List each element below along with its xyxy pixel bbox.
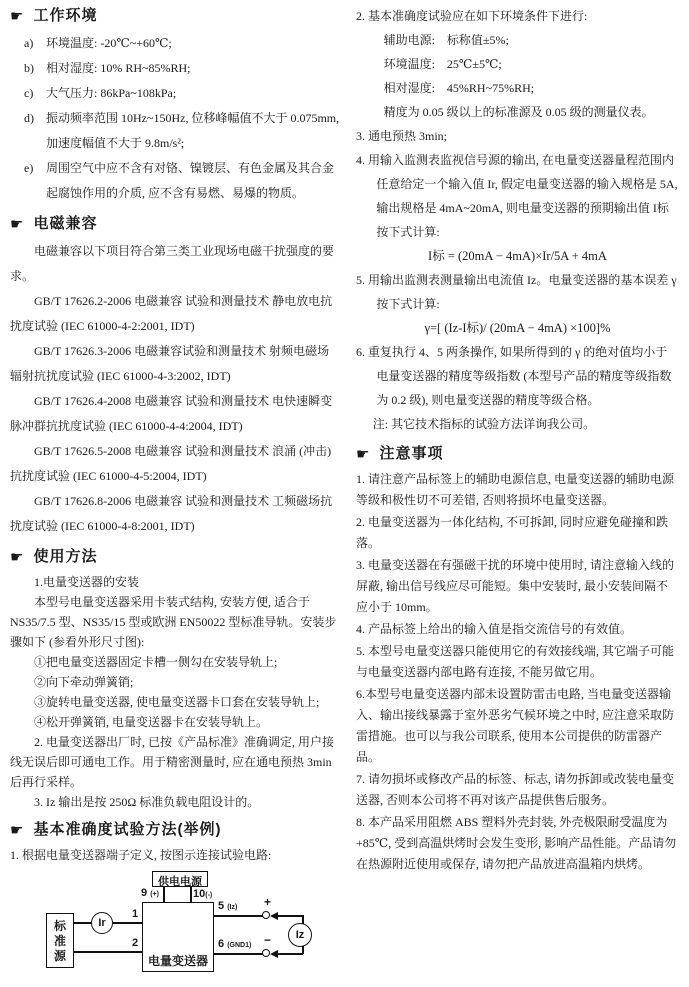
terminal-signal: (GND1) xyxy=(227,942,251,949)
minus-sign: − xyxy=(264,934,271,946)
plus-sign: + xyxy=(264,896,271,908)
test-condition: 精度为 0.05 级以上的标准源及 0.05 级的测量仪表。 xyxy=(384,100,679,124)
emc-section-body: 电磁兼容以下项目符合第三类工业现场电磁干扰强度的要求。 GB/T 17626.2… xyxy=(10,239,340,539)
terminal-number: 9 xyxy=(141,887,147,899)
paragraph: 1. 根据电量变送器端子定义, 按图示连接试验电路: xyxy=(10,845,340,865)
terminal-9-label: 9 (+) xyxy=(141,888,159,900)
supply-label: 供电电源 xyxy=(153,873,207,889)
test-item: 5. 用输出监测表测量输出电流值 Iz。电量变送器的基本误差 γ 按下式计算: xyxy=(356,268,679,316)
terminal-1-label: 1 xyxy=(132,909,138,920)
caution-item: 7. 请勿损坏或修改产品的标签、标志, 请勿拆卸或改装电量变送器, 否则本公司将… xyxy=(356,769,679,811)
item-label: b) xyxy=(24,56,46,81)
test-item: 3. 通电预热 3min; xyxy=(356,124,679,148)
right-column: 2. 基本准确度试验应在如下环境条件下进行: 辅助电源: 标称值±5%; 环境温… xyxy=(348,0,689,987)
caution-item: 2. 电量变送器为一体化结构, 不可拆卸, 同时应避免碰撞和跌落。 xyxy=(356,512,679,554)
caution-item: 3. 电量变送器在有强磁干扰的环境中使用时, 请注意输入线的屏蔽, 输出信号线应… xyxy=(356,555,679,618)
terminal-6-label: 6 (GND1) xyxy=(218,939,251,951)
pointing-hand-icon: ☛ xyxy=(10,215,23,233)
item-label: d) xyxy=(24,106,46,156)
standard-entry: GB/T 17626.3-2006 电磁兼容试验和测量技术 射频电磁场辐射抗扰度… xyxy=(10,339,340,389)
section-heading-cautions: ☛ 注意事项 xyxy=(356,444,679,464)
test-condition: 辅助电源: 标称值±5%; xyxy=(384,28,679,52)
list-item: d) 振动频率范围 10Hz~150Hz, 位移峰幅值不大于 0.075mm, … xyxy=(10,106,340,156)
pointing-hand-icon: ☛ xyxy=(356,445,369,463)
standard-entry: GB/T 17626.8-2006 电磁兼容 试验和测量技术 工频磁场抗扰度试验… xyxy=(10,489,340,539)
section-heading-emc: ☛ 电磁兼容 xyxy=(10,214,340,234)
wire-terminal6 xyxy=(214,953,263,955)
pointing-hand-icon: ☛ xyxy=(10,548,23,566)
install-step: ④松开弹簧销, 电量变送器卡在安装导轨上。 xyxy=(34,712,340,732)
supply-box: 供电电源 xyxy=(152,871,208,887)
terminal-number: 6 xyxy=(218,938,224,950)
wire-ir-to-terminal1 xyxy=(113,922,142,924)
item-text: 大气压力: 86kPa~108kPa; xyxy=(46,81,340,106)
section-title-usage: 使用方法 xyxy=(33,547,97,567)
terminal-5-label: 5 (Iz) xyxy=(218,901,237,913)
wire-terminal9 xyxy=(163,887,165,902)
iz-connector-top-horizontal xyxy=(278,915,303,917)
arrow-left-icon xyxy=(270,912,278,920)
section-title-accuracy-test: 基本准确度试验方法(举例) xyxy=(33,820,221,840)
input-ammeter: Ir xyxy=(91,912,113,934)
wire-source-to-terminal2 xyxy=(74,951,142,953)
terminal-signal: (Iz) xyxy=(227,904,237,911)
test-item: 4. 用输入监测表监视信号源的输出, 在电量变送器量程范围内任意给定一个输入值 … xyxy=(356,148,679,244)
paragraph: 电磁兼容以下项目符合第三类工业现场电磁干扰强度的要求。 xyxy=(10,239,340,289)
install-step: ③旋转电量变送器, 使电量变送器卡口套在安装导轨上; xyxy=(34,692,340,712)
list-item: c) 大气压力: 86kPa~108kPa; xyxy=(10,81,340,106)
standard-source-box: 标准源 xyxy=(46,913,74,968)
work-env-list: a) 环境温度: -20℃~+60℃; b) 相对湿度: 10% RH~85%R… xyxy=(10,31,340,206)
basic-error-formula: γ=[ (Iz-I标)/ (20mA − 4mA) ×100]% xyxy=(356,316,679,340)
wire-terminal5 xyxy=(214,915,263,917)
paragraph: 本型号电量变送器采用卡装式结构, 安装方便, 适合于NS35/7.5 型、NS3… xyxy=(10,592,340,652)
standard-source-label: 标准源 xyxy=(53,919,67,964)
list-item: b) 相对湿度: 10% RH~85%RH; xyxy=(10,56,340,81)
pointing-hand-icon: ☛ xyxy=(10,7,23,25)
paragraph: 1.电量变送器的安装 xyxy=(10,572,340,592)
wire-terminal10 xyxy=(190,887,192,902)
test-item: 2. 基本准确度试验应在如下环境条件下进行: xyxy=(356,4,679,28)
section-heading-accuracy-test: ☛ 基本准确度试验方法(举例) xyxy=(10,820,340,840)
wire-source-to-ir xyxy=(74,922,92,924)
arrow-left-icon xyxy=(270,950,278,958)
list-item: a) 环境温度: -20℃~+60℃; xyxy=(10,31,340,56)
test-condition: 环境温度: 25℃±5℃; xyxy=(384,52,679,76)
section-title-cautions: 注意事项 xyxy=(379,444,443,464)
output-ammeter: Iz xyxy=(288,923,312,947)
cautions-list: 1. 请注意产品标签上的辅助电源信息, 电量变送器的辅助电源等级和极性切不可差错… xyxy=(356,469,679,875)
caution-item: 1. 请注意产品标签上的辅助电源信息, 电量变送器的辅助电源等级和极性切不可差错… xyxy=(356,469,679,511)
item-label: e) xyxy=(24,156,46,206)
list-item: e) 周围空气中应不含有对铬、镍镀层、有色金属及其合金起腐蚀作用的介质, 应不含… xyxy=(10,156,340,206)
item-text: 环境温度: -20℃~+60℃; xyxy=(46,31,340,56)
terminal-number: 5 xyxy=(218,900,224,912)
install-step: ①把电量变送器固定卡槽一侧勾在安装导轨上; xyxy=(34,652,340,672)
output-ammeter-label: Iz xyxy=(296,929,305,941)
input-ammeter-label: Ir xyxy=(98,917,105,929)
terminal-polarity: (+) xyxy=(150,891,159,898)
terminal-2-label: 2 xyxy=(132,938,138,949)
test-item: 6. 重复执行 4、5 两条操作, 如果所得到的 γ 的绝对值均小于电量变送器的… xyxy=(356,340,679,412)
test-circuit-diagram: 供电电源 9 (+) 10(-) 电量变送器 标准源 Ir 1 2 xyxy=(10,869,340,978)
output-plus-terminal xyxy=(262,911,270,919)
standard-entry: GB/T 17626.4-2008 电磁兼容 试验和测量技术 电快速瞬变脉冲群抗… xyxy=(10,389,340,439)
transducer-box: 电量变送器 xyxy=(142,902,214,972)
paragraph: 2. 电量变送器出厂时, 已按《产品标准》准确调定, 用户接线无误后即可通电工作… xyxy=(10,732,340,792)
test-condition: 相对湿度: 45%RH~75%RH; xyxy=(384,76,679,100)
left-column: ☛ 工作环境 a) 环境温度: -20℃~+60℃; b) 相对湿度: 10% … xyxy=(0,0,348,987)
item-text: 周围空气中应不含有对铬、镍镀层、有色金属及其合金起腐蚀作用的介质, 应不含有易燃… xyxy=(46,156,340,206)
accuracy-test-continued: 2. 基本准确度试验应在如下环境条件下进行: 辅助电源: 标称值±5%; 环境温… xyxy=(356,4,679,436)
terminal-polarity: (-) xyxy=(205,892,212,899)
item-text: 振动频率范围 10Hz~150Hz, 位移峰幅值不大于 0.075mm, 加速度… xyxy=(46,106,340,156)
output-minus-terminal xyxy=(262,949,270,957)
caution-item: 4. 产品标签上给出的输入值是指交流信号的有效值。 xyxy=(356,619,679,640)
transducer-label: 电量变送器 xyxy=(143,952,213,969)
note-text: 注: 其它技术指标的试验方法详询我公司。 xyxy=(373,412,679,436)
standard-entry: GB/T 17626.2-2006 电磁兼容 试验和测量技术 静电放电抗扰度试验… xyxy=(10,289,340,339)
section-title-work-env: 工作环境 xyxy=(33,6,97,26)
pointing-hand-icon: ☛ xyxy=(10,821,23,839)
section-heading-work-env: ☛ 工作环境 xyxy=(10,6,340,26)
manual-page: ☛ 工作环境 a) 环境温度: -20℃~+60℃; b) 相对湿度: 10% … xyxy=(0,0,689,987)
item-label: a) xyxy=(24,31,46,56)
item-text: 相对湿度: 10% RH~85%RH; xyxy=(46,56,340,81)
install-step: ②向下牵动弹簧销; xyxy=(34,672,340,692)
paragraph: 3. Iz 输出是按 250Ω 标准负载电阻设计的。 xyxy=(10,792,340,812)
caution-item: 8. 本产品采用阻燃 ABS 塑料外壳封装, 外壳极限耐受温度为 +85℃, 受… xyxy=(356,812,679,875)
caution-item: 5. 本型号电量变送器只能使用它的有效接线端, 其它端子可能与电量变送器内部电路… xyxy=(356,641,679,683)
accuracy-section-body: 1. 根据电量变送器端子定义, 按图示连接试验电路: 供电电源 9 (+) 10… xyxy=(10,845,340,978)
standard-entry: GB/T 17626.5-2008 电磁兼容 试验和测量技术 浪涌 (冲击) 抗… xyxy=(10,439,340,489)
section-title-emc: 电磁兼容 xyxy=(33,214,97,234)
expected-output-formula: I标 = (20mA − 4mA)×Ir/5A + 4mA xyxy=(356,244,679,268)
item-label: c) xyxy=(24,81,46,106)
terminal-number: 10 xyxy=(193,888,205,900)
section-heading-usage: ☛ 使用方法 xyxy=(10,547,340,567)
iz-connector-bottom-horizontal xyxy=(278,953,303,955)
caution-item: 6.本型号电量变送器内部未设置防雷击电路, 当电量变送器输入、输出接线暴露于室外… xyxy=(356,684,679,768)
terminal-10-label: 10(-) xyxy=(193,889,212,901)
usage-section-body: 1.电量变送器的安装 本型号电量变送器采用卡装式结构, 安装方便, 适合于NS3… xyxy=(10,572,340,812)
